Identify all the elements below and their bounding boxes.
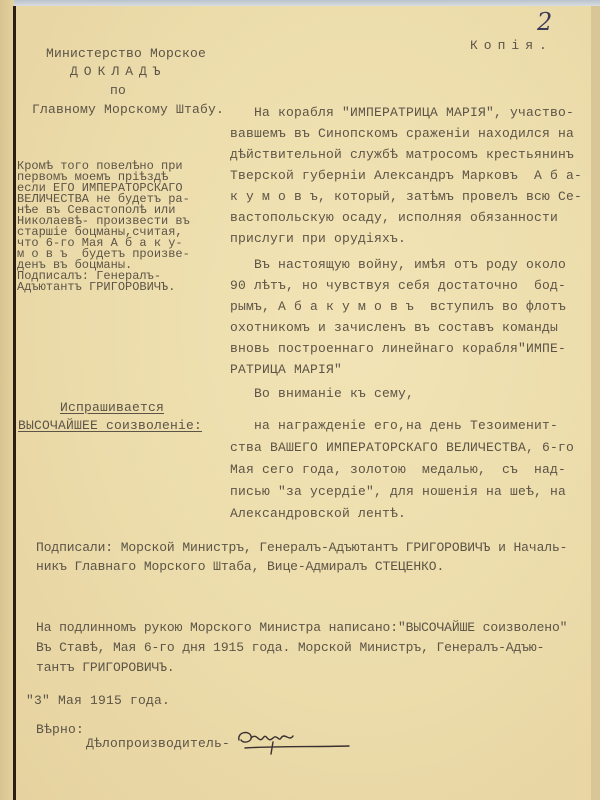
resolution-line: Въ Ставѣ, Мая 6-го дня 1915 года. Морско… — [36, 638, 544, 657]
resolution-line: На подлинномъ рукою Морского Министра на… — [36, 618, 567, 637]
body-line: Тверской губерніи Александръ Марковъ А б… — [230, 166, 582, 185]
page-right-edge — [591, 6, 600, 800]
ministry-name: Министерство Морское — [46, 44, 206, 63]
body-line: вновь построеннаго линейнаго корабля"ИМП… — [230, 339, 566, 358]
body-paragraph-3: Во вниманіе къ сему, — [230, 384, 414, 403]
body-line: 90 лѣтъ, но чувствуя себя достаточно бод… — [230, 276, 566, 295]
request-label-line-2: ВЫСОЧАЙШЕЕ соизволеніе: — [18, 416, 202, 435]
body-line: РАТРИЦА МАРІЯ" — [230, 360, 342, 379]
department-name: Главному Морскому Штабу. — [32, 100, 224, 119]
certification-role: Дѣлопроизводитель- — [86, 734, 230, 753]
body-line: вастопольскую осаду, исполняя обязанност… — [230, 208, 558, 227]
certification-label: Вѣрно: — [36, 720, 84, 739]
margin-note-line: Адъютантъ ГРИГОРОВИЧЪ. — [17, 282, 175, 294]
resolution-line: тантъ ГРИГОРОВИЧЪ. — [36, 658, 175, 677]
signed-by-line: Подписали: Морской Министръ, Генералъ-Ад… — [36, 538, 567, 557]
request-line: Мая сего года, золотою медалью, съ над- — [230, 460, 566, 479]
binding-margin — [0, 0, 14, 800]
body-line: прислуги при орудіяхъ. — [230, 229, 406, 248]
page-number: 2 — [537, 8, 552, 36]
signed-by-line: никъ Главнаго Морского Штаба, Вице-Адмир… — [36, 557, 444, 576]
request-line: писью "за усердіе", для ношенія на шеѣ, … — [230, 482, 566, 501]
request-line: ства ВАШЕГО ИМПЕРАТОРСКАГО ВЕЛИЧЕСТВА, 6… — [230, 438, 574, 457]
request-line: Александровской лентѣ. — [230, 504, 406, 523]
body-line: Въ настоящую войну, имѣя отъ роду около — [230, 255, 566, 274]
body-line: дѣйствительной службѣ матросомъ крестьян… — [230, 145, 574, 164]
document-date: "3" Мая 1915 года. — [26, 691, 170, 710]
handwritten-signature-icon — [233, 726, 353, 756]
document-title: ДОКЛАДЪ — [70, 62, 167, 81]
body-line: к у м о в ъ, который, затѣмъ провелъ всю… — [230, 187, 582, 206]
body-line: На корабля "ИМПЕРАТРИЦА МАРІЯ", участво- — [230, 103, 574, 122]
body-line: рымъ, А б а к у м о в ъ вступилъ во флот… — [230, 297, 566, 316]
request-label-line-1: Испрашивается — [60, 398, 164, 417]
request-line: на награжденіе его,на день Тезоименит- — [230, 416, 558, 435]
body-line: охотникомъ и зачисленъ въ составъ команд… — [230, 318, 558, 337]
header-by: по — [110, 81, 126, 100]
body-line: вавшемъ въ Синопскомъ сраженіи находился… — [230, 124, 574, 143]
copy-label: Копія. — [470, 36, 553, 55]
binding-edge-line — [13, 6, 16, 800]
